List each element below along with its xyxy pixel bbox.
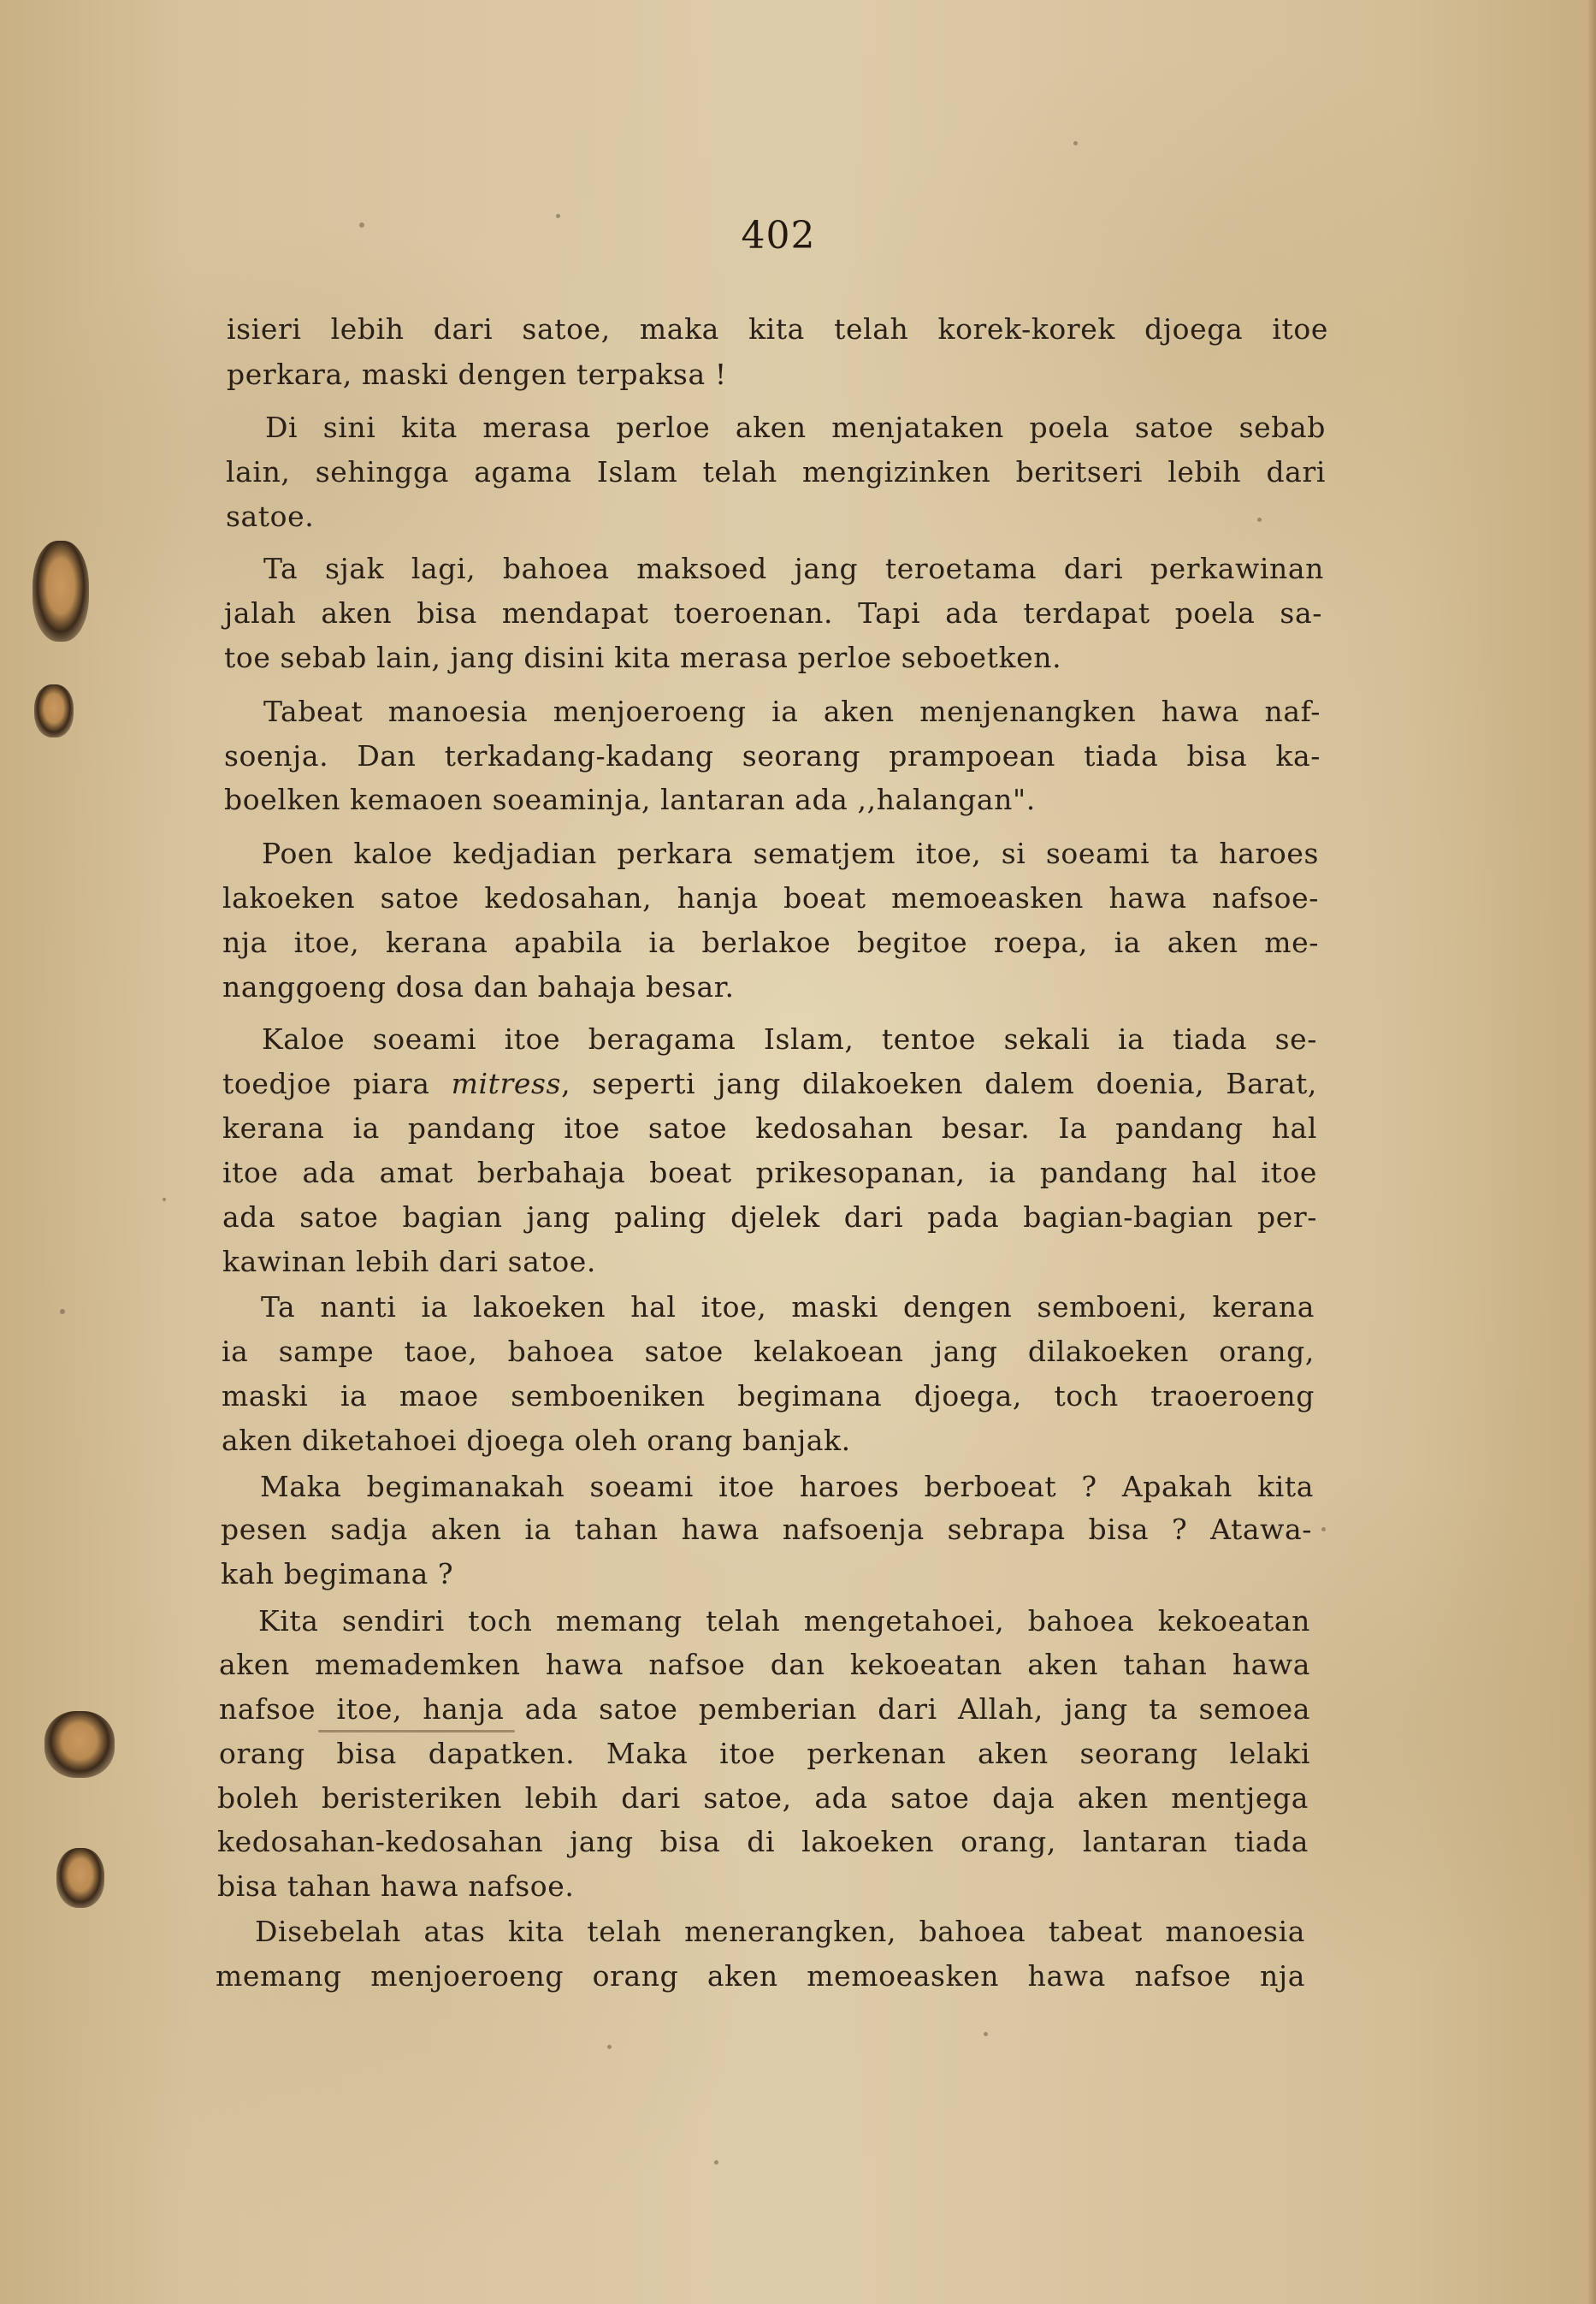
text-line: Ta nanti ia lakoeken hal itoe, maski den… xyxy=(261,1290,1315,1324)
text-line: maski ia maoe semboeniken begimana djoeg… xyxy=(222,1379,1315,1413)
text-line: isieri lebih dari satoe, maka kita telah… xyxy=(227,312,1328,346)
text-line: ia sampe taoe, bahoea satoe kelakoean ja… xyxy=(222,1335,1315,1369)
binding-hole-2 xyxy=(34,684,74,737)
text-line: satoe. xyxy=(226,500,1326,534)
text-line: kah begimana ? xyxy=(221,1557,1312,1591)
italic-word: mitress xyxy=(452,1067,561,1100)
text-line: Maka begimanakah soeami itoe haroes berb… xyxy=(260,1470,1314,1504)
text-line: Ta sjak lagi, bahoea maksoed jang teroet… xyxy=(263,552,1324,586)
text-segment: toedjoe piara xyxy=(222,1067,452,1100)
text-line: memang menjoeroeng orang aken memoeasken… xyxy=(216,1959,1305,1993)
text-line: nanggoeng dosa dan bahaja besar. xyxy=(222,970,1319,1004)
text-line: orang bisa dapatken. Maka itoe perkenan … xyxy=(219,1737,1310,1771)
text-line: boleh beristeriken lebih dari satoe, ada… xyxy=(217,1781,1309,1815)
text-line: jalah aken bisa mendapat toeroenan. Tapi… xyxy=(224,596,1322,631)
paper-speck xyxy=(1073,141,1078,145)
text-line: lain, sehingga agama Islam telah mengizi… xyxy=(226,455,1326,489)
binding-hole-3 xyxy=(44,1711,115,1778)
text-line: lakoeken satoe kedosahan, hanja boeat me… xyxy=(222,881,1319,915)
text-line: Poen kaloe kedjadian perkara sematjem it… xyxy=(262,837,1319,871)
text-line: ada satoe bagian jang paling djelek dari… xyxy=(222,1200,1317,1235)
scanned-page: 402 isieri lebih dari satoe, maka kita t… xyxy=(0,0,1596,2304)
paper-speck xyxy=(1321,1527,1326,1531)
text-line: perkara, maski dengen terpaksa ! xyxy=(227,358,1328,392)
text-line: kerana ia pandang itoe satoe kedosahan b… xyxy=(222,1111,1317,1146)
paper-speck xyxy=(163,1198,166,1201)
pencil-underline xyxy=(318,1730,515,1732)
page-number: 402 xyxy=(0,214,1557,258)
text-line: itoe ada amat berbahaja boeat prikesopan… xyxy=(222,1156,1317,1190)
paper-speck xyxy=(984,2032,988,2036)
text-line: Tabeat manoesia menjoeroeng ia aken menj… xyxy=(263,695,1321,729)
text-line: aken diketahoei djoega oleh orang banjak… xyxy=(222,1424,1315,1458)
binding-hole-1 xyxy=(33,541,89,642)
paper-speck xyxy=(60,1309,65,1314)
text-line: boelken kemaoen soeaminja, lantaran ada … xyxy=(224,783,1321,817)
text-line: nja itoe, kerana apabila ia berlakoe beg… xyxy=(222,926,1319,960)
text-line: Disebelah atas kita telah menerangken, b… xyxy=(255,1915,1305,1949)
text-line-with-italic: toedjoe piara mitress, seperti jang dila… xyxy=(222,1067,1317,1101)
text-line: pesen sadja aken ia tahan hawa nafsoenja… xyxy=(221,1513,1312,1547)
text-line: aken memademken hawa nafsoe dan kekoeata… xyxy=(219,1648,1310,1682)
paper-speck xyxy=(714,2160,718,2165)
binding-hole-4 xyxy=(56,1848,104,1908)
text-line: kedosahan-kedosahan jang bisa di lakoeke… xyxy=(217,1825,1309,1859)
text-line: Kaloe soeami itoe beragama Islam, tentoe… xyxy=(262,1022,1317,1057)
text-line: nafsoe itoe, hanja ada satoe pemberian d… xyxy=(219,1692,1310,1727)
paper-speck xyxy=(607,2045,612,2049)
text-line: Di sini kita merasa perloe aken menjatak… xyxy=(265,411,1326,445)
text-line: bisa tahan hawa nafsoe. xyxy=(217,1869,1309,1904)
text-line: Kita sendiri toch memang telah mengetaho… xyxy=(258,1604,1310,1638)
page-edge-shadow xyxy=(1587,0,1596,2304)
text-line: kawinan lebih dari satoe. xyxy=(222,1245,1317,1279)
text-line: toe sebab lain, jang disini kita merasa … xyxy=(224,641,1322,675)
text-line: soenja. Dan terkadang-kadang seorang pra… xyxy=(224,739,1321,773)
text-segment: , seperti jang dilakoeken dalem doenia, … xyxy=(561,1067,1317,1100)
